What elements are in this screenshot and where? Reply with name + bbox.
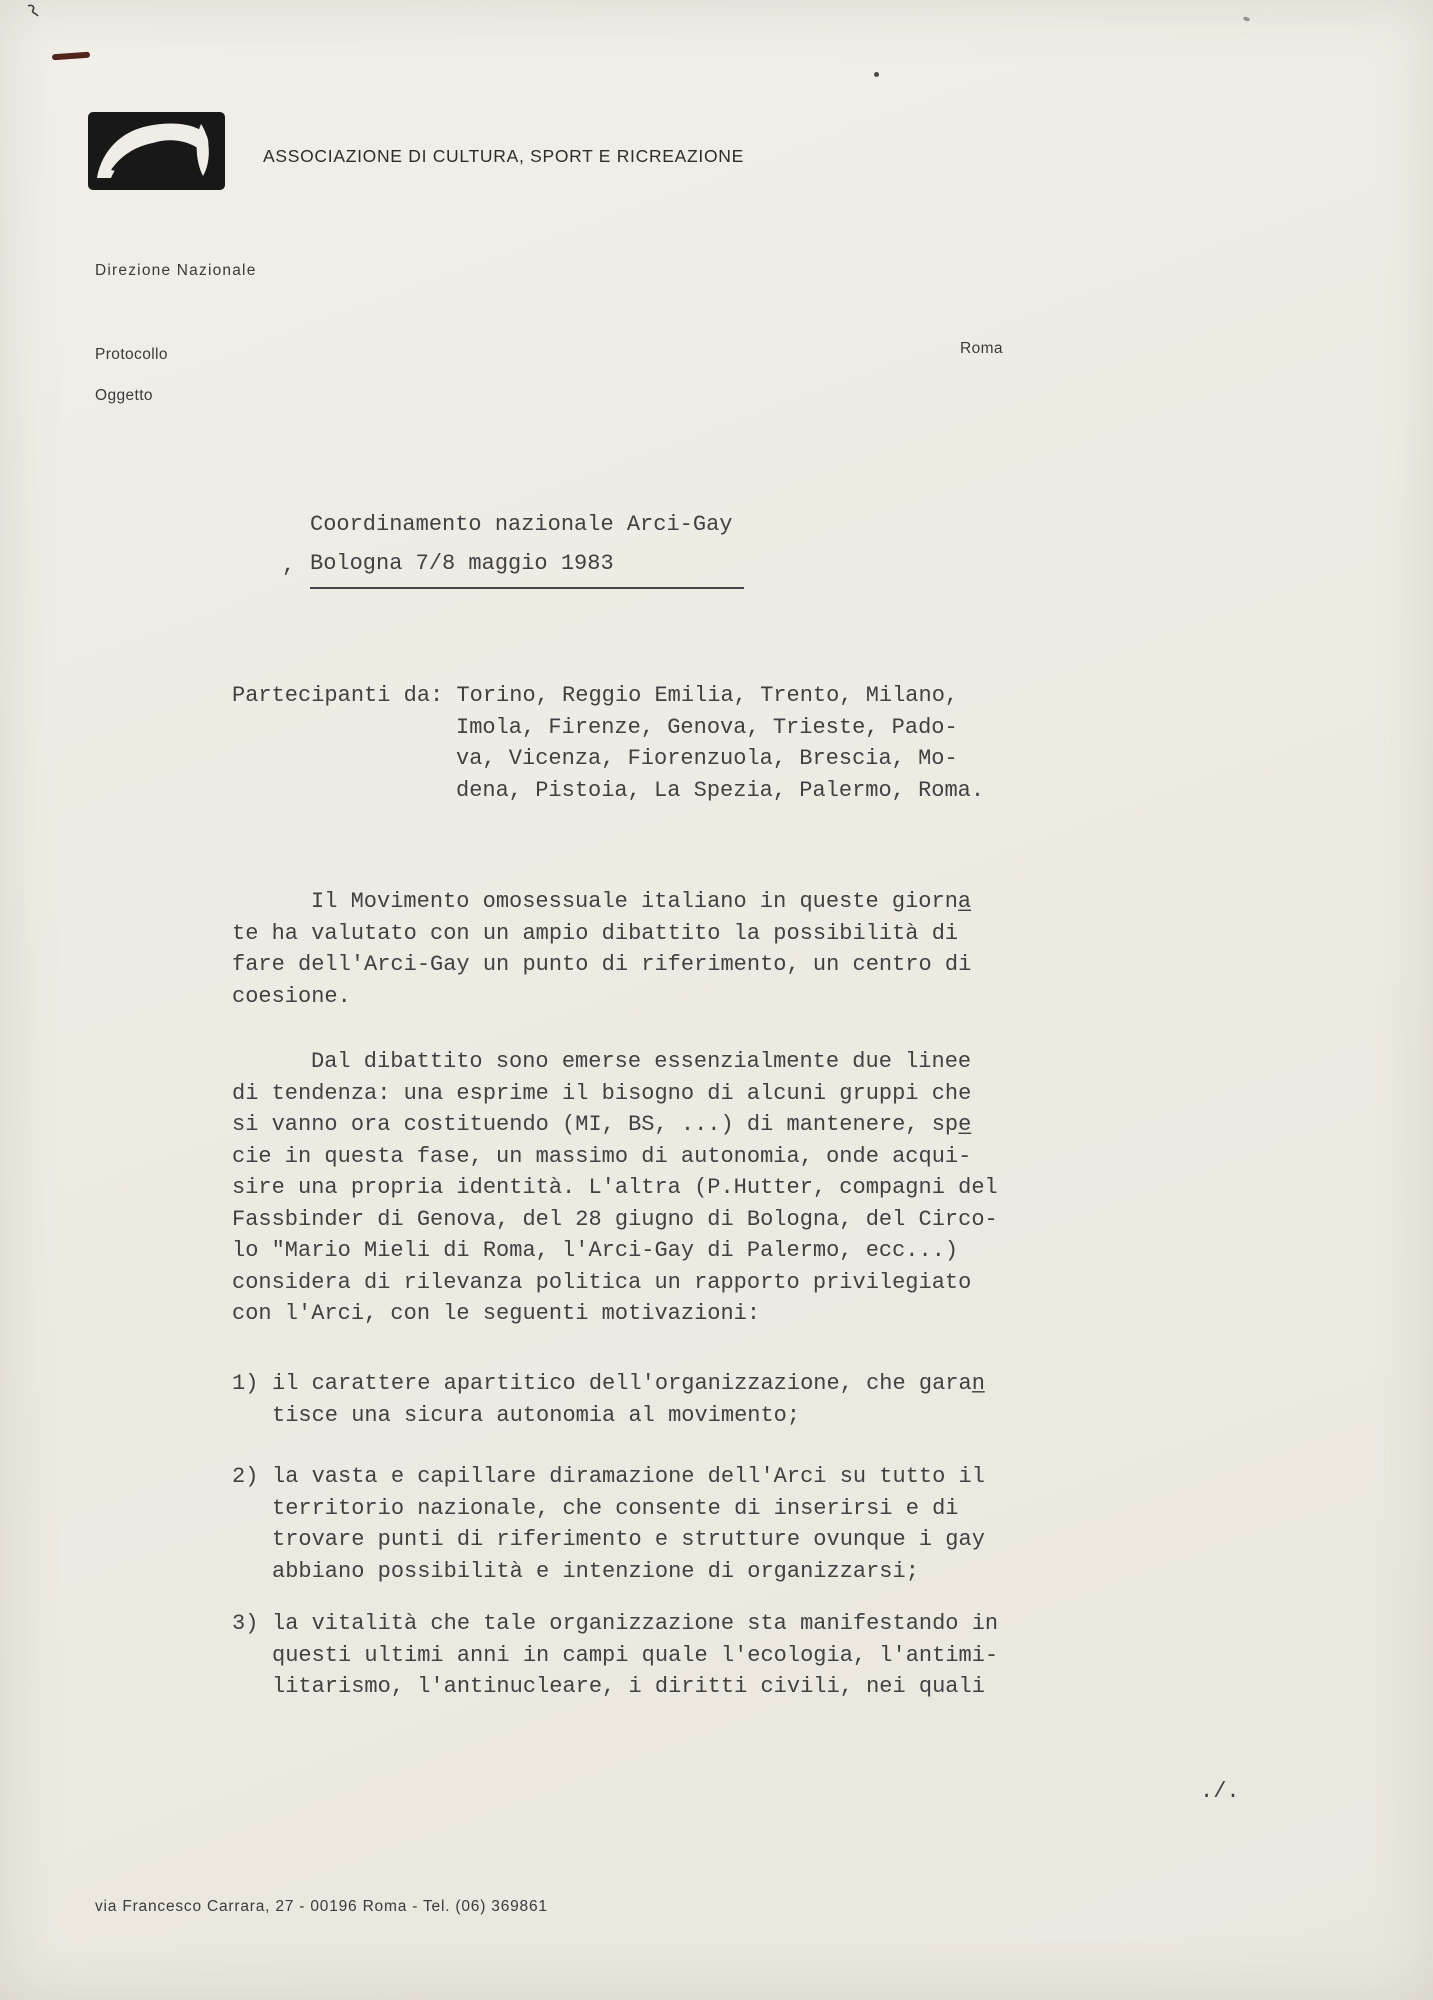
arci-logo-graphic — [88, 112, 225, 190]
participants-block: Partecipanti da: Torino, Reggio Emilia, … — [232, 680, 984, 806]
list-item-1: 1) il carattere apartitico dell'organizz… — [232, 1368, 985, 1431]
paragraph-line: fare dell'Arci-Gay un punto di riferimen… — [232, 949, 971, 981]
paragraph-line: coesione. — [232, 981, 971, 1013]
list-item-line: il carattere apartitico dell'organizzazi… — [272, 1368, 985, 1400]
paragraph-line: Il Movimento omosessuale italiano in que… — [232, 886, 971, 918]
list-item-line: la vasta e capillare diramazione dell'Ar… — [272, 1461, 985, 1493]
scan-artifact-dot — [874, 72, 879, 77]
list-item-2: 2) la vasta e capillare diramazione dell… — [232, 1461, 985, 1587]
list-item-text: il carattere apartitico dell'organizzazi… — [272, 1368, 985, 1431]
paragraph-1: Il Movimento omosessuale italiano in que… — [232, 886, 971, 1012]
list-item-line: trovare punti di riferimento e strutture… — [272, 1524, 985, 1556]
title-comma: , — [282, 547, 295, 584]
list-item-number: 2) — [232, 1461, 272, 1587]
paragraph-line: Fassbinder di Genova, del 28 giugno di B… — [232, 1204, 998, 1236]
participants-line: Partecipanti da: Torino, Reggio Emilia, … — [232, 680, 984, 712]
arci-logo — [88, 112, 225, 190]
list-item-text: la vasta e capillare diramazione dell'Ar… — [272, 1461, 985, 1587]
list-item-text: la vitalità che tale organizzazione sta … — [272, 1608, 998, 1703]
participants-line: dena, Pistoia, La Spezia, Palermo, Roma. — [456, 775, 984, 807]
paragraph-line: sire una propria identità. L'altra (P.Hu… — [232, 1172, 998, 1204]
footer-address: via Francesco Carrara, 27 - 00196 Roma -… — [95, 1898, 548, 1916]
protocol-label: Protocollo — [95, 346, 168, 364]
paragraph-line: di tendenza: una esprime il bisogno di a… — [232, 1078, 998, 1110]
participants-line: va, Vicenza, Fiorenzuola, Brescia, Mo- — [456, 743, 984, 775]
list-item-line: questi ultimi anni in campi quale l'ecol… — [272, 1640, 998, 1672]
list-item-line: abbiano possibilità e intenzione di orga… — [272, 1556, 985, 1588]
list-item-line: territorio nazionale, che consente di in… — [272, 1493, 985, 1525]
department-label: Direzione Nazionale — [95, 262, 257, 280]
scan-artifact-red-dash — [52, 52, 90, 61]
scan-artifact-corner-mark — [26, 4, 42, 20]
org-name: ASSOCIAZIONE DI CULTURA, SPORT E RICREAZ… — [263, 146, 744, 167]
paragraph-line: considera di rilevanza politica un rappo… — [232, 1267, 998, 1299]
list-item-number: 3) — [232, 1608, 272, 1703]
participants-line: Imola, Firenze, Genova, Trieste, Pado- — [456, 712, 984, 744]
subject-label: Oggetto — [95, 387, 153, 405]
paragraph-line: Dal dibattito sono emerse essenzialmente… — [232, 1046, 998, 1078]
city-label: Roma — [960, 340, 1003, 358]
paragraph-2: Dal dibattito sono emerse essenzialmente… — [232, 1046, 998, 1330]
title-line-1: Coordinamento nazionale Arci-Gay — [310, 506, 744, 543]
list-item-number: 1) — [232, 1368, 272, 1431]
paragraph-line: te ha valutato con un ampio dibattito la… — [232, 918, 971, 950]
continuation-mark: ./. — [1200, 1776, 1240, 1808]
list-item-line: la vitalità che tale organizzazione sta … — [272, 1608, 998, 1640]
title-line-2: Bologna 7/8 maggio 1983 — [310, 545, 744, 589]
paragraph-line: con l'Arci, con le seguenti motivazioni: — [232, 1298, 998, 1330]
document-title: Coordinamento nazionale Arci-Gay , Bolog… — [310, 506, 744, 589]
paragraph-line: si vanno ora costituendo (MI, BS, ...) d… — [232, 1109, 998, 1141]
paragraph-line: cie in questa fase, un massimo di autono… — [232, 1141, 998, 1173]
list-item-3: 3) la vitalità che tale organizzazione s… — [232, 1608, 998, 1703]
list-item-line: litarismo, l'antinucleare, i diritti civ… — [272, 1671, 998, 1703]
scanned-letter-page: ASSOCIAZIONE DI CULTURA, SPORT E RICREAZ… — [0, 0, 1433, 2000]
scan-artifact-speck — [1243, 16, 1251, 22]
list-item-line: tisce una sicura autonomia al movimento; — [272, 1400, 985, 1432]
paragraph-line: lo "Mario Mieli di Roma, l'Arci-Gay di P… — [232, 1235, 998, 1267]
